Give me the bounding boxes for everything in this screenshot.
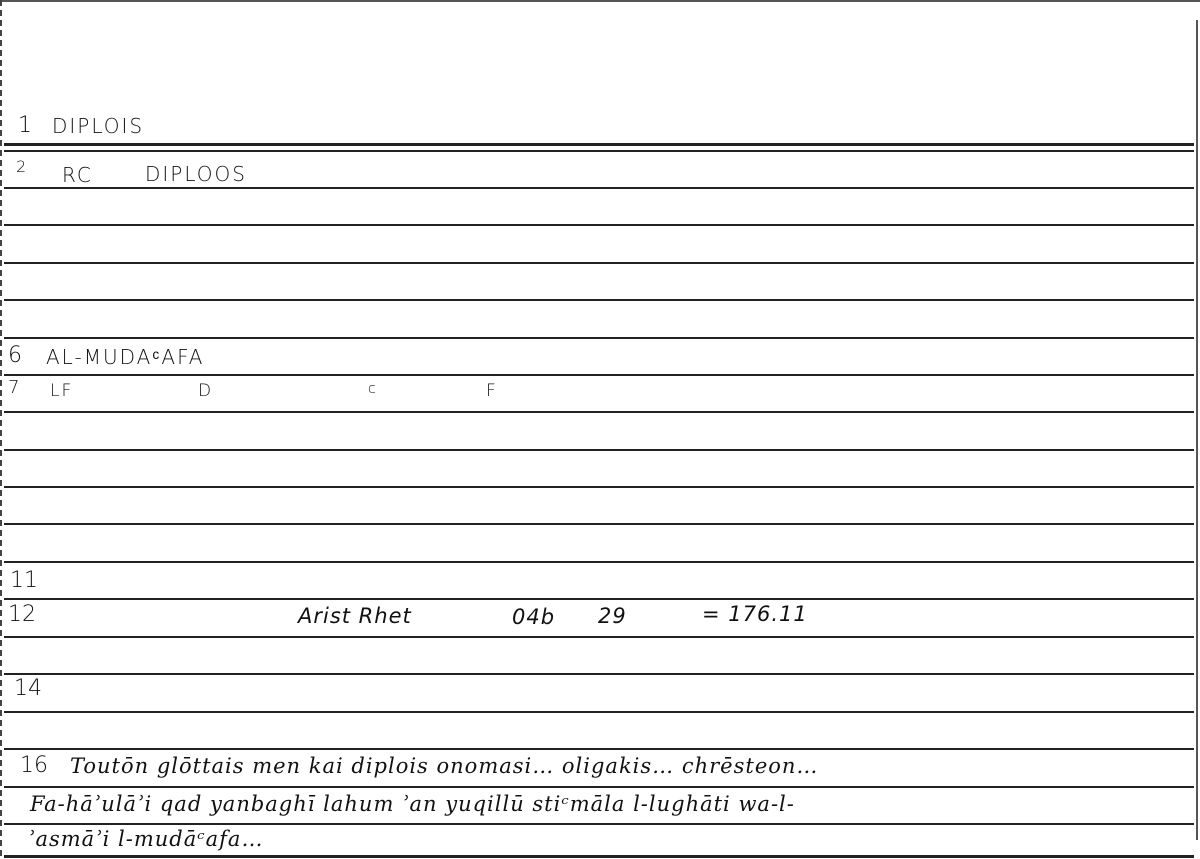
ruled-line	[4, 143, 1194, 146]
arabic-translation-line-2: ʾasmāʾi l-mudāᶜafa…	[28, 827, 263, 851]
column-d: D	[198, 381, 213, 401]
line-number: 7	[8, 377, 19, 398]
ruled-line	[4, 855, 1194, 858]
line-number: 1	[18, 113, 32, 138]
line-number: 14	[14, 676, 42, 701]
line-number: 11	[10, 568, 38, 593]
reference-line: 29	[598, 604, 627, 628]
line-number: 2	[16, 157, 26, 176]
ruled-line	[4, 561, 1194, 563]
index-card: 1 DIPLOIS 2 RC DIPLOOS 6 AL-MUDAᶜAFA 7 L…	[0, 0, 1200, 859]
headword: DIPLOIS	[52, 114, 144, 138]
reference-page: 04b	[512, 605, 555, 629]
field-label: LF	[50, 381, 73, 401]
line-number: 12	[8, 602, 36, 627]
ruled-line	[4, 411, 1194, 413]
card-right-edge	[1196, 20, 1198, 840]
ruled-line	[4, 374, 1194, 376]
ruled-line	[4, 337, 1194, 339]
greek-form: DIPLOOS	[145, 162, 247, 186]
column-c: c	[368, 381, 378, 397]
ruled-line	[4, 449, 1194, 451]
arabic-translation-line-1: Fa-hāʾulāʾi qad yanbaghī lahum ʾan yuqil…	[30, 792, 795, 816]
ruled-line	[4, 486, 1194, 488]
ruled-line	[4, 150, 1194, 152]
ruled-line	[4, 523, 1194, 525]
ruled-line	[4, 748, 1194, 750]
line-number: 6	[8, 343, 22, 368]
ruled-line	[4, 673, 1194, 675]
reference-equivalent: = 176.11	[702, 602, 808, 626]
ruled-line	[4, 786, 1194, 788]
ruled-line	[4, 299, 1194, 301]
ruled-line	[4, 823, 1194, 825]
ruled-line	[4, 262, 1194, 264]
line-number: 16	[20, 753, 48, 778]
ruled-line	[4, 636, 1194, 638]
card-top-edge	[0, 0, 1200, 2]
ruled-line	[4, 598, 1194, 600]
field-label: RC	[62, 163, 93, 187]
greek-quotation: Toutōn glōttais men kai diplois onomasi……	[70, 754, 818, 778]
ruled-line	[4, 224, 1194, 226]
ruled-line	[4, 187, 1194, 189]
arabic-headword: AL-MUDAᶜAFA	[46, 345, 204, 370]
source-reference: Arist Rhet	[298, 604, 412, 628]
column-f: F	[486, 381, 498, 401]
ruled-line	[4, 711, 1194, 713]
card-left-edge	[0, 0, 2, 859]
